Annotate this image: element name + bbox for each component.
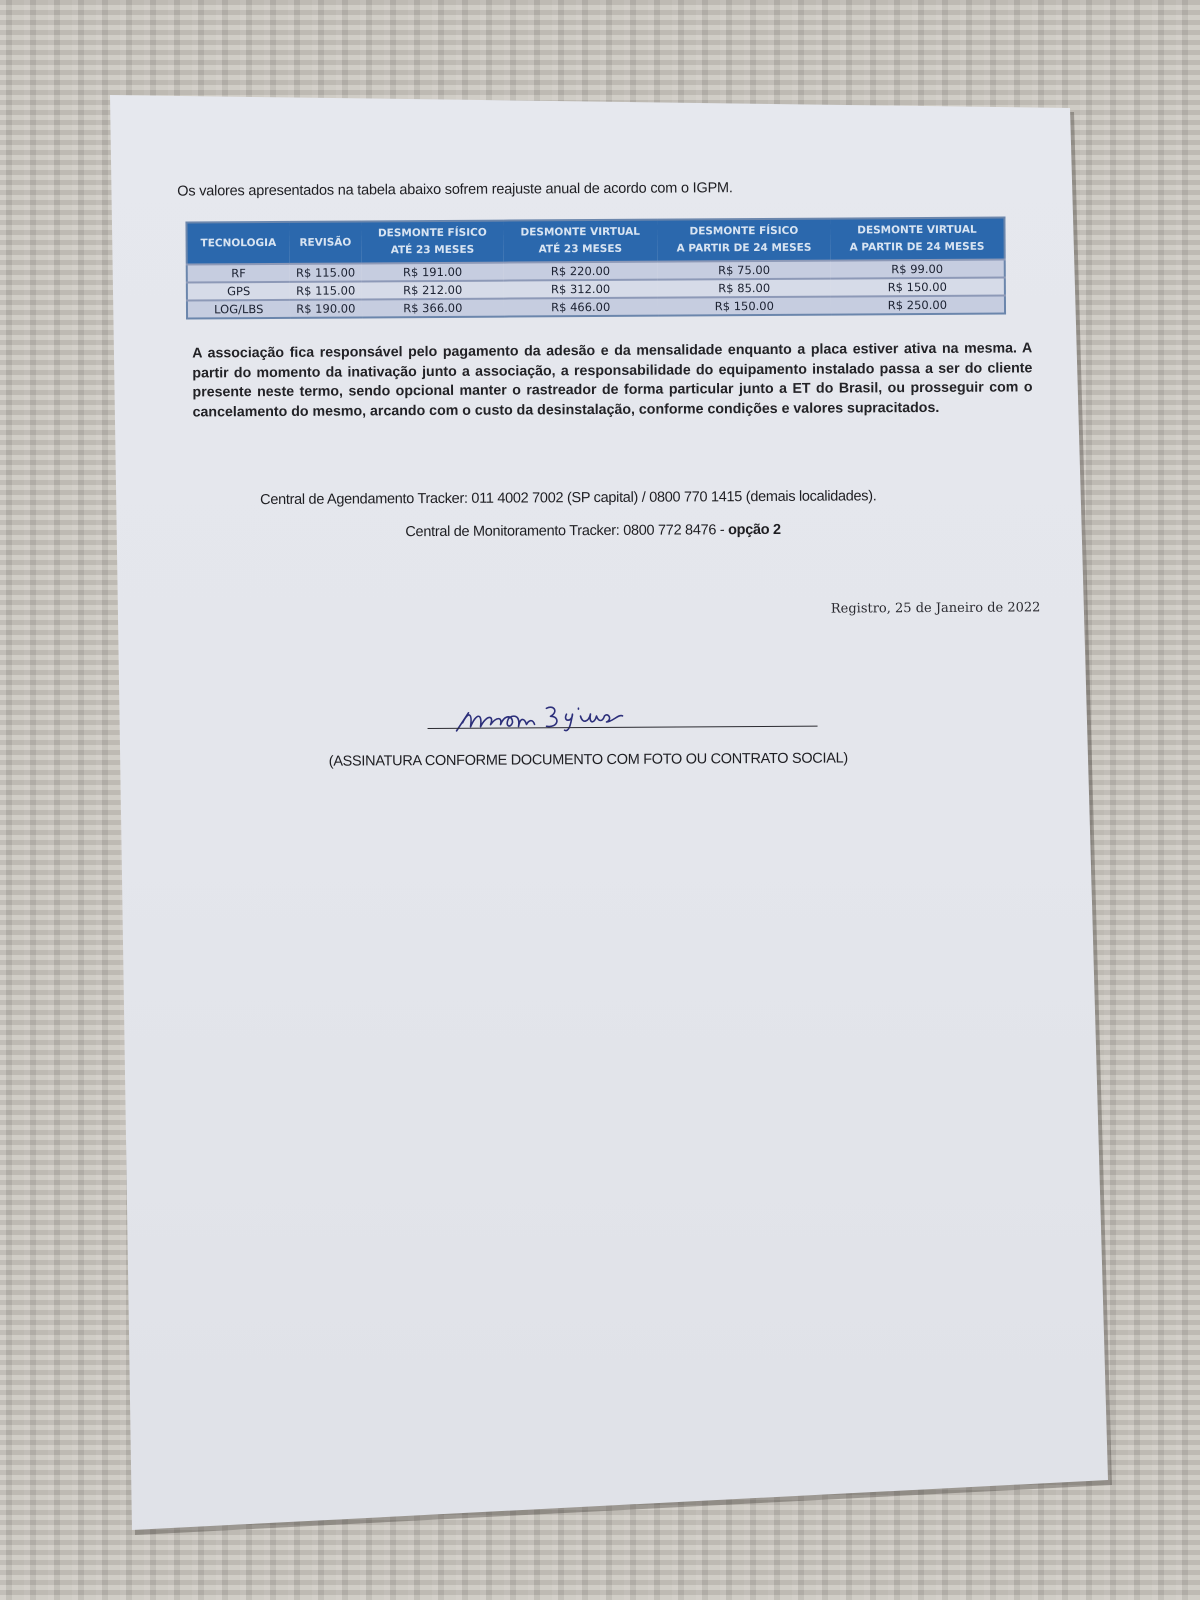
table-cell: GPS [187,282,290,301]
table-cell: R$ 312.00 [503,280,657,299]
signature-caption: (ASSINATURA CONFORME DOCUMENTO COM FOTO … [329,750,848,769]
table-cell: R$ 366.00 [362,299,504,318]
column-header: DESMONTE FÍSICOA PARTIR DE 24 MESES [657,219,830,262]
column-header: DESMONTE VIRTUALA PARTIR DE 24 MESES [830,218,1004,261]
table-cell: R$ 212.00 [362,281,504,300]
table-cell: R$ 220.00 [503,262,657,281]
table-row: LOG/LBSR$ 190.00R$ 366.00R$ 466.00R$ 150… [187,296,1005,319]
table-cell: R$ 115.00 [289,281,362,299]
scheduling-contact: Central de Agendamento Tracker: 011 4002… [260,488,876,508]
table-cell: R$ 191.00 [362,263,504,282]
monitoring-option: opção 2 [728,522,781,538]
table-body: RFR$ 115.00R$ 191.00R$ 220.00R$ 75.00R$ … [187,260,1005,319]
table-cell: RF [187,264,290,283]
table-cell: R$ 115.00 [289,263,362,281]
date-line: Registro, 25 de Janeiro de 2022 [831,600,1041,616]
table-cell: R$ 250.00 [831,296,1005,315]
handwritten-signature [454,700,674,735]
column-header: DESMONTE VIRTUALATÉ 23 MESES [503,220,658,263]
column-header: DESMONTE FÍSICOATÉ 23 MESES [362,221,504,264]
monitoring-contact-text: Central de Monitoramento Tracker: 0800 7… [405,522,728,540]
column-header: TECNOLOGIA [186,222,289,265]
document-content: Os valores apresentados na tabela abaixo… [0,0,1200,1600]
table-header-row: TECNOLOGIAREVISÃODESMONTE FÍSICOATÉ 23 M… [186,218,1004,265]
table-cell: R$ 466.00 [503,298,657,317]
monitoring-contact: Central de Monitoramento Tracker: 0800 7… [405,522,781,540]
table-cell: R$ 99.00 [831,260,1005,279]
table-cell: R$ 190.00 [289,299,362,317]
responsibility-paragraph: A associação fica responsável pelo pagam… [192,339,1032,422]
table-cell: R$ 85.00 [658,279,831,298]
column-header: REVISÃO [289,221,362,263]
table-cell: R$ 75.00 [658,261,831,280]
intro-text: Os valores apresentados na tabela abaixo… [177,180,733,199]
table-cell: R$ 150.00 [831,278,1005,297]
table-cell: R$ 150.00 [658,297,831,316]
price-table: TECNOLOGIAREVISÃODESMONTE FÍSICOATÉ 23 M… [185,217,1006,320]
table-cell: LOG/LBS [187,300,290,319]
